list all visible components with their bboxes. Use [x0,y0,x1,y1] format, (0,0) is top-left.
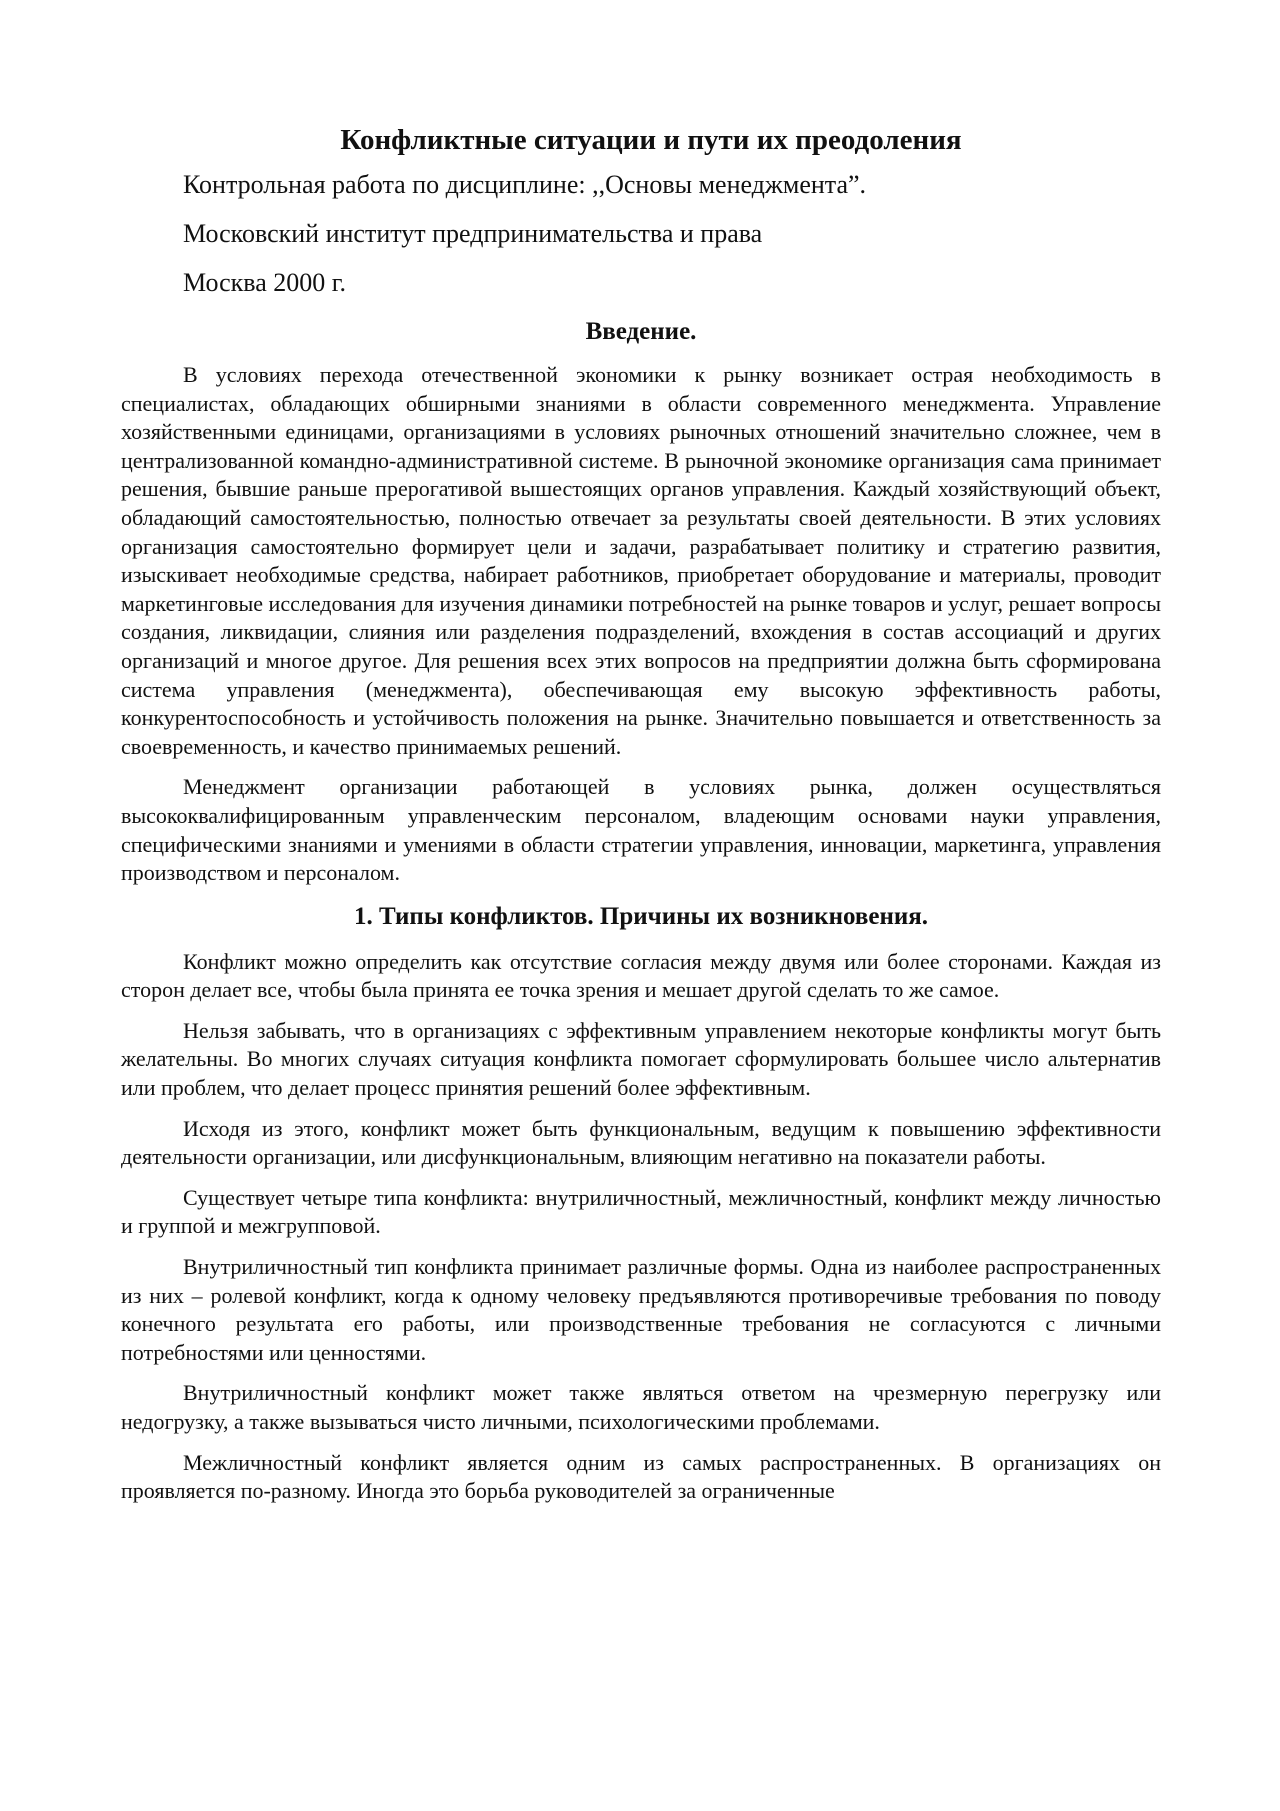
paragraph: В условиях перехода отечественной эконом… [121,361,1161,761]
section-heading-conflict-types: 1. Типы конфликтов. Причины их возникнов… [121,900,1161,934]
paragraph: Внутриличностный тип конфликта принимает… [121,1253,1161,1367]
paragraph: Существует четыре типа конфликта: внутри… [121,1184,1161,1241]
paragraph: Конфликт можно определить как отсутствие… [121,948,1161,1005]
document-body: Конфликтные ситуации и пути их преодолен… [121,118,1161,1518]
course-line: Контрольная работа по дисциплине: ,,Осно… [121,168,1161,202]
document-title: Конфликтные ситуации и пути их преодолен… [121,118,1161,162]
paragraph: Менеджмент организации работающей в усло… [121,773,1161,887]
paragraph: Межличностный конфликт является одним из… [121,1449,1161,1506]
institute-line: Московский институт предпринимательства … [121,217,1161,251]
city-year-line: Москва 2000 г. [121,266,1161,300]
paragraph: Нельзя забывать, что в организациях с эф… [121,1017,1161,1103]
section-heading-introduction: Введение. [121,315,1161,349]
paragraph: Внутриличностный конфликт может также яв… [121,1379,1161,1436]
document-page: Конфликтные ситуации и пути их преодолен… [0,0,1280,1811]
paragraph: Исходя из этого, конфликт может быть фун… [121,1115,1161,1172]
